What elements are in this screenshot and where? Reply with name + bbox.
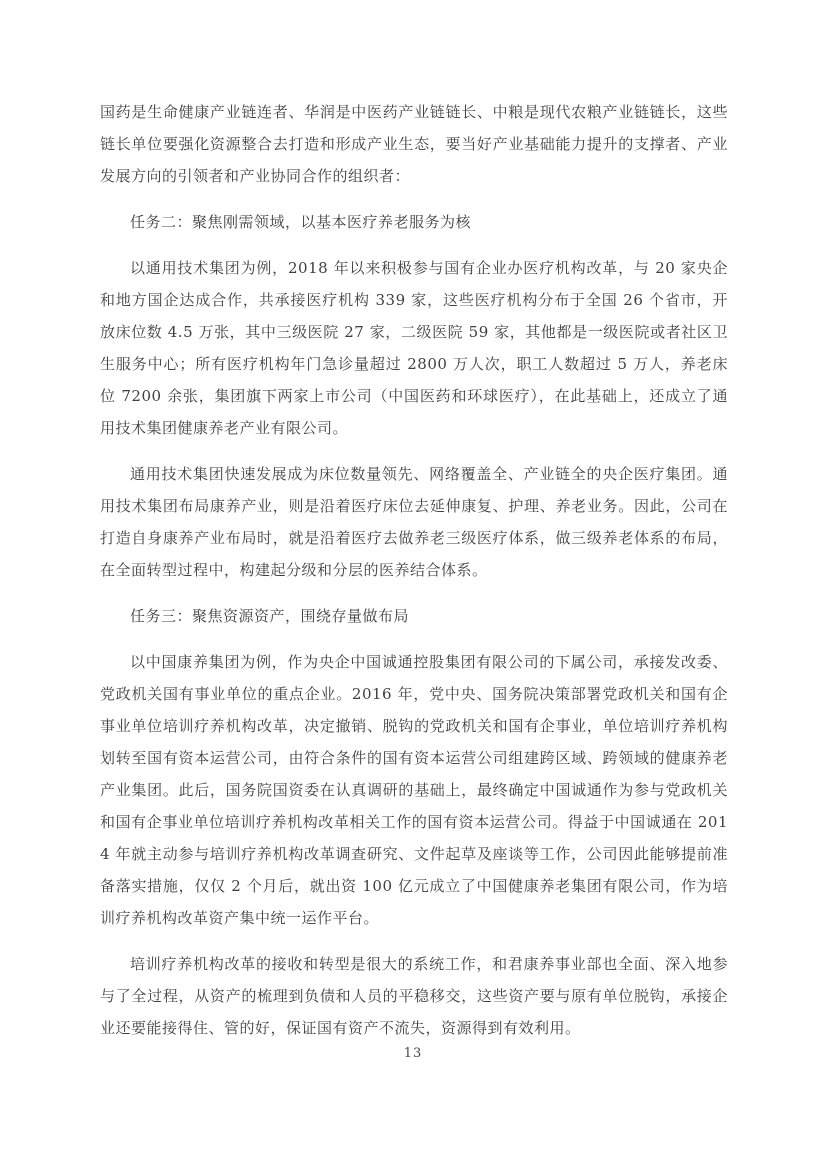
- document-page: 国药是生命健康产业链连者、华润是中医药产业链链长、中粮是现代农粮产业链链长，这些…: [0, 0, 826, 1169]
- page-number: 13: [0, 1046, 826, 1061]
- task3-heading: 任务三：聚焦资源资产，围绕存量做布局: [100, 600, 728, 632]
- paragraph-general-technology-group-development: 通用技术集团快速发展成为床位数量领先、网络覆盖全、产业链全的央企医疗集团。通用技…: [100, 458, 728, 586]
- paragraph-general-technology-group-example: 以通用技术集团为例，2018 年以来积极参与国有企业办医疗机构改革，与 20 家…: [100, 252, 728, 444]
- task2-heading: 任务二：聚焦刚需领域，以基本医疗养老服务为核: [100, 206, 728, 238]
- paragraph-continued-from-previous-page: 国药是生命健康产业链连者、华润是中医药产业链链长、中粮是现代农粮产业链链长，这些…: [100, 96, 728, 192]
- paragraph-china-kangyang-group-example: 以中国康养集团为例，作为央企中国诚通控股集团有限公司的下属公司，承接发改委、党政…: [100, 646, 728, 934]
- page-content: 国药是生命健康产业链连者、华润是中医药产业链链长、中粮是现代农粮产业链链长，这些…: [100, 96, 728, 1058]
- paragraph-reform-reception-transformation: 培训疗养机构改革的接收和转型是很大的系统工作，和君康养事业部也全面、深入地参与了…: [100, 948, 728, 1044]
